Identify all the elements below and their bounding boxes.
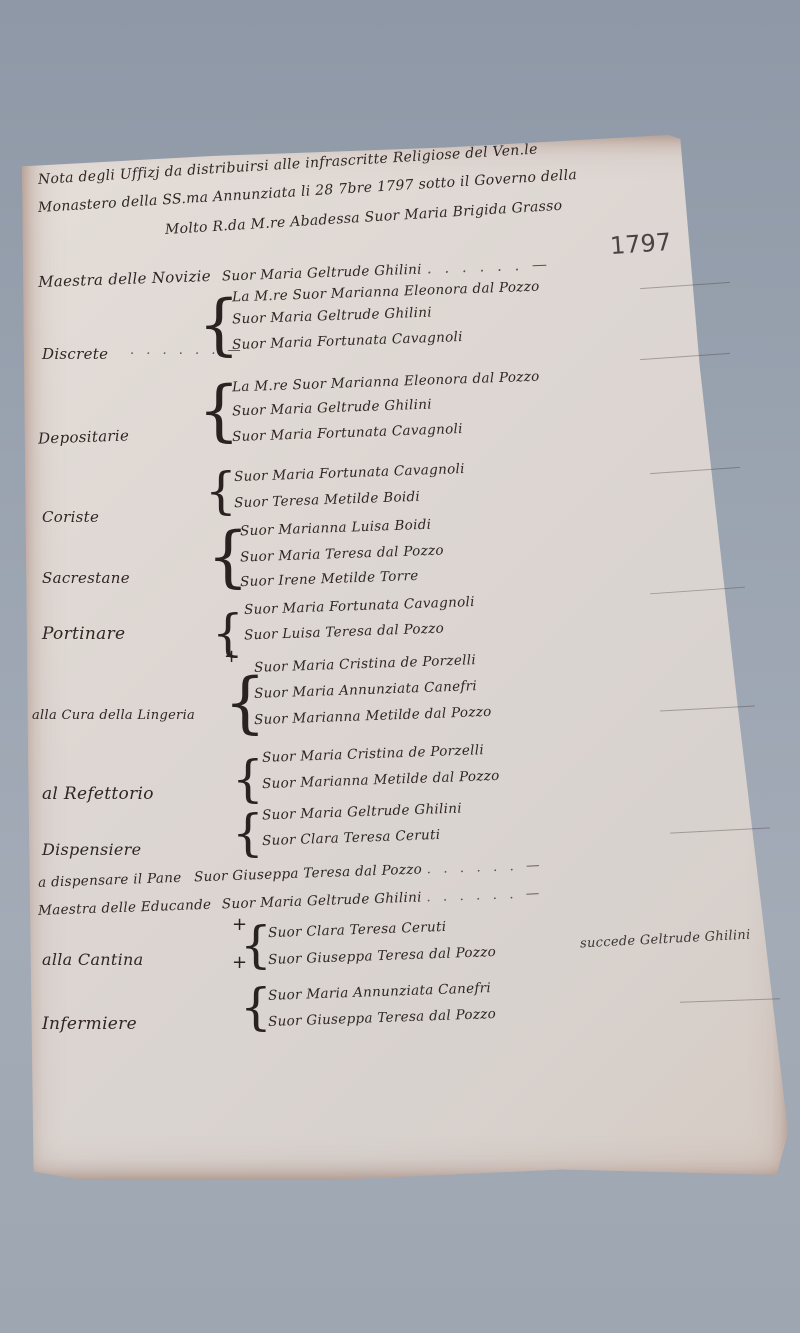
office-depositarie-title: Depositarie xyxy=(38,426,130,447)
office-sacrestane-title: Sacrestane xyxy=(42,569,130,587)
office-infermiere-title: Infermiere xyxy=(42,1014,137,1034)
year-marginal-note: 1797 xyxy=(609,228,672,260)
office-dispensiere-title: Dispensiere xyxy=(42,840,141,859)
brace-icon: { xyxy=(205,466,237,516)
office-discrete-title: Discrete xyxy=(42,345,108,363)
brace-icon: { xyxy=(232,808,264,858)
brace-icon: { xyxy=(232,754,264,804)
office-cantina-title: alla Cantina xyxy=(42,950,143,969)
office-refettorio-title: al Refettorio xyxy=(42,784,154,804)
office-cura-lingeria-title: alla Cura della Lingeria xyxy=(32,708,195,723)
office-coriste-title: Coriste xyxy=(42,508,99,526)
office-portinare-title: Portinare xyxy=(42,624,125,644)
